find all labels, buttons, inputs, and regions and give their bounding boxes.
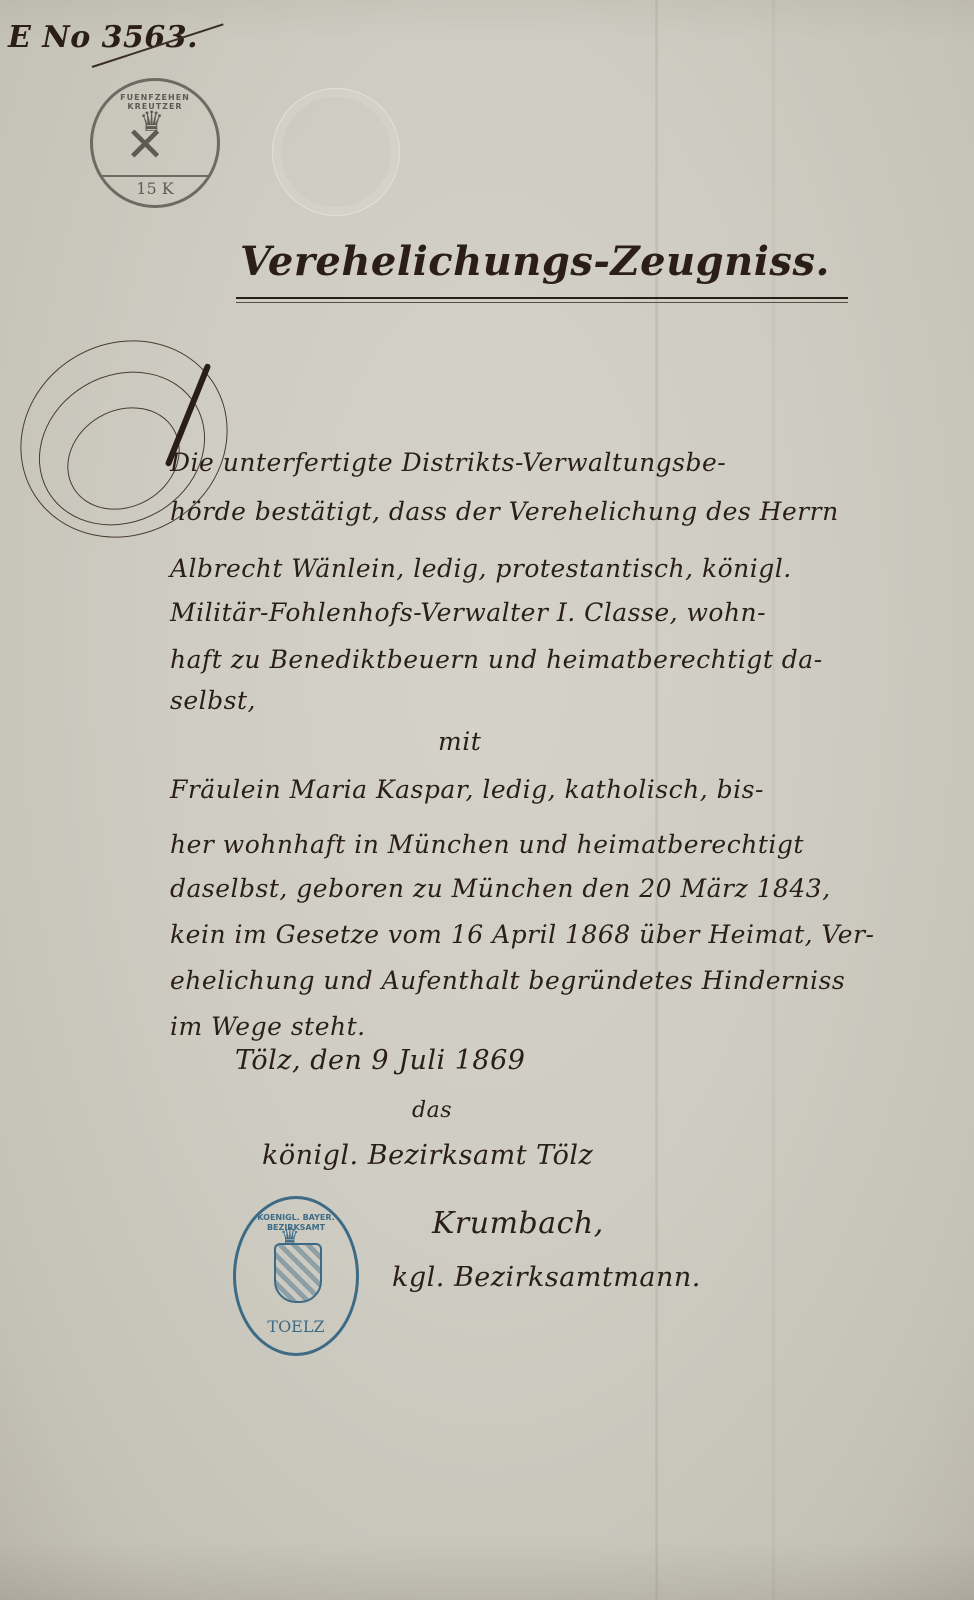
issuer-article: das bbox=[412, 1098, 452, 1123]
official-stamp: KOENIGL. BAYER. BEZIRKSAMT ♛ TOELZ bbox=[233, 1196, 359, 1356]
crossed-swords-icon: ✕ bbox=[125, 121, 165, 169]
stamp-crown-icon: ♛ bbox=[280, 1225, 300, 1250]
place-date: Tölz, den 9 Juli 1869 bbox=[235, 1045, 525, 1076]
tax-stamp-divider bbox=[101, 175, 209, 177]
document-page: E No 3563. FUENFZEHEN KREUTZER ♛ ✕ 15 K … bbox=[0, 0, 974, 1600]
connector-word: mit bbox=[438, 727, 481, 756]
tax-stamp: FUENFZEHEN KREUTZER ♛ ✕ 15 K bbox=[90, 78, 220, 208]
body-line-9: daselbst, geboren zu München den 20 März… bbox=[170, 874, 831, 903]
title-underline bbox=[236, 297, 848, 299]
official-stamp-place: TOELZ bbox=[236, 1317, 356, 1336]
body-line-4: Militär-Fohlenhofs-Verwalter I. Classe, … bbox=[170, 598, 766, 627]
document-title: Verehelichungs-Zeugniss. bbox=[240, 238, 830, 285]
body-line-12: im Wege steht. bbox=[170, 1012, 366, 1041]
signature: Krumbach, bbox=[432, 1206, 604, 1241]
embossed-seal bbox=[272, 88, 400, 216]
issuer: königl. Bezirksamt Tölz bbox=[262, 1140, 593, 1171]
reference-number: E No 3563. bbox=[8, 20, 198, 55]
body-line-1: Die unterfertigte Distrikts-Verwaltungsb… bbox=[170, 448, 726, 477]
tax-stamp-value: 15 K bbox=[93, 179, 217, 198]
title-underline-thin bbox=[236, 302, 848, 303]
body-line-8: her wohnhaft in München und heimatberech… bbox=[170, 830, 804, 859]
body-line-5: haft zu Benediktbeuern und heimatberecht… bbox=[170, 645, 823, 674]
body-line-10: kein im Gesetze vom 16 April 1868 über H… bbox=[170, 920, 874, 949]
body-line-2: hörde bestätigt, dass der Verehelichung … bbox=[170, 497, 839, 526]
body-line-6: selbst, bbox=[170, 686, 256, 715]
body-line-3: Albrecht Wänlein, ledig, protestantisch,… bbox=[170, 554, 792, 583]
bavarian-coat-of-arms-icon bbox=[274, 1243, 322, 1303]
body-line-11: ehelichung und Aufenthalt begründetes Hi… bbox=[170, 966, 845, 995]
body-line-7: Fräulein Maria Kaspar, ledig, katholisch… bbox=[170, 775, 764, 804]
signatory-title: kgl. Bezirksamtmann. bbox=[392, 1262, 701, 1293]
